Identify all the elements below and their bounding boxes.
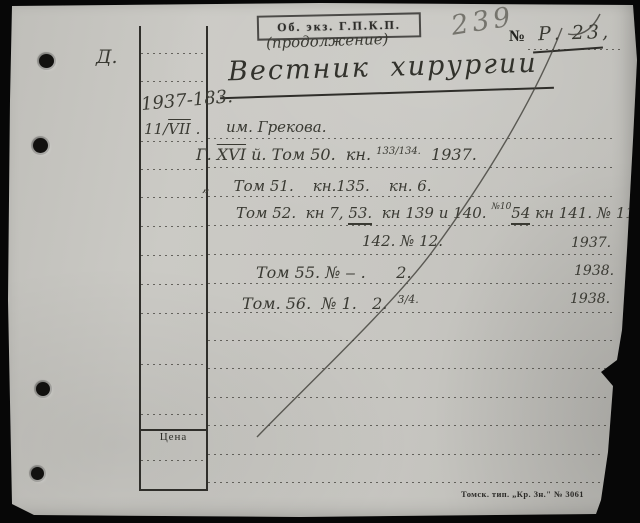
ruled-line [208, 396, 606, 398]
punch-hole [36, 382, 50, 396]
column-rule [141, 196, 205, 198]
punch-hole [39, 54, 54, 68]
entry-row: Том. 56. № 1. 2. 3/4. [242, 294, 419, 312]
entry-row: „ Том 51. кн.135. кн. 6. [202, 179, 432, 194]
entry-row: Г. XVI й. Том 50. кн. 133/134. 1937. [196, 147, 477, 163]
punch-hole [31, 467, 44, 480]
column-rule [141, 225, 205, 227]
ruled-line [208, 224, 612, 226]
journal-title: Вестник хирургии [228, 50, 538, 86]
entry-year: 1937. [571, 236, 611, 250]
column-rule [141, 283, 205, 285]
entry-year: 1938. [570, 292, 610, 306]
column-rule [141, 413, 205, 415]
received-date: 11/VII . [144, 122, 200, 137]
paper-sheet: Д. Об. экз. Г.П.К.П. (продолжение) 239 №… [0, 0, 640, 523]
entry-row: 142. № 12. [362, 234, 443, 249]
entry-row: им. Грекова. [226, 120, 326, 135]
price-label: Цена [139, 431, 208, 443]
punch-hole [33, 138, 48, 153]
column-rule [141, 52, 205, 54]
ruled-line [208, 424, 606, 426]
ruled-line [208, 339, 612, 341]
ruled-line [208, 481, 602, 483]
ruled-line [208, 137, 612, 139]
column-rule [141, 312, 205, 314]
superscript-note: №10 [491, 203, 511, 212]
issue-number-sign: № [509, 28, 525, 46]
printer-mark: Томск. тип. „Кр. Зн." № 3061 [461, 489, 584, 499]
scan-background: Д. Об. экз. Г.П.К.П. (продолжение) 239 №… [0, 0, 640, 523]
entry-row: Том 55. № ‒ . 2. [256, 265, 412, 281]
column-rule [141, 168, 205, 170]
continuation-note: (продолжение) [266, 32, 389, 51]
ruled-line [208, 453, 604, 455]
entry-year: 1938. [574, 264, 614, 278]
column-rule [141, 254, 205, 256]
column-rule [141, 140, 205, 142]
issue-number-value: Р. 23, [538, 23, 612, 45]
ruled-line [208, 367, 612, 369]
column-bottom-line [139, 489, 208, 491]
column-rule [141, 459, 205, 461]
entry-row: Том 52. кн 7, 53. кн 139 и 140. №1054 кн… [236, 206, 640, 221]
margin-letter: Д. [96, 48, 118, 67]
column-rule [141, 80, 205, 82]
column-rule [141, 363, 205, 365]
accession-number: 1937-183. [140, 88, 233, 114]
ruled-line [208, 166, 612, 168]
title-underline [220, 87, 554, 99]
ruled-line [208, 195, 612, 197]
ruled-line [208, 282, 612, 284]
ruled-line [208, 253, 612, 255]
pencil-number: 239 [449, 1, 517, 42]
